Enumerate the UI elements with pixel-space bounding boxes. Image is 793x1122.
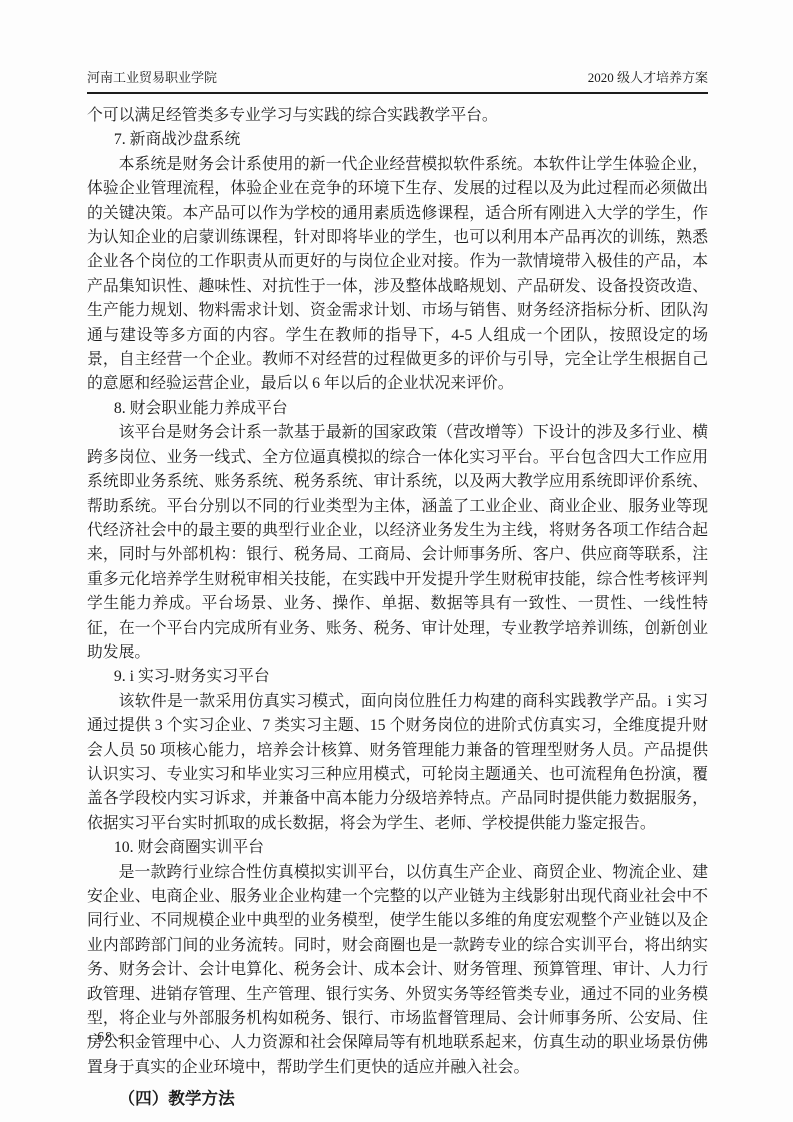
paragraph-item-9: 该软件是一款采用仿真实习模式，面向岗位胜任力构建的商科实践教学产品。i 实习通过… bbox=[87, 690, 708, 836]
paragraph-item-7: 本系统是财务会计系使用的新一代企业经营模拟软件系统。本软件让学生体验企业，体验企… bbox=[87, 153, 708, 397]
item-heading-7: 7. 新商战沙盘系统 bbox=[87, 128, 708, 152]
page-content: 河南工业贸易职业学院 2020 级人才培养方案 个可以满足经管类多专业学习与实践… bbox=[87, 70, 708, 1111]
paragraph-item-8: 该平台是财务会计系一款基于最新的国家政策（营改增等）下设计的涉及多行业、横跨多岗… bbox=[87, 421, 708, 665]
header-program-title: 2020 级人才培养方案 bbox=[588, 70, 708, 86]
section-heading-teaching-methods: （四）教学方法 bbox=[87, 1087, 708, 1111]
item-heading-9: 9. i 实习-财务实习平台 bbox=[87, 665, 708, 689]
header-school-name: 河南工业贸易职业学院 bbox=[87, 70, 217, 86]
document-page: 河南工业贸易职业学院 2020 级人才培养方案 个可以满足经管类多专业学习与实践… bbox=[0, 0, 793, 1122]
item-heading-10: 10. 财会商圈实训平台 bbox=[87, 836, 708, 860]
page-header: 河南工业贸易职业学院 2020 级人才培养方案 bbox=[87, 70, 708, 94]
paragraph-continuation: 个可以满足经管类多专业学习与实践的综合实践教学平台。 bbox=[87, 104, 708, 128]
paragraph-item-10: 是一款跨行业综合性仿真模拟实训平台，以仿真生产企业、商贸企业、物流企业、建安企业… bbox=[87, 861, 708, 1081]
document-body: 个可以满足经管类多专业学习与实践的综合实践教学平台。 7. 新商战沙盘系统 本系… bbox=[87, 104, 708, 1111]
item-heading-8: 8. 财会职业能力养成平台 bbox=[87, 397, 708, 421]
page-number: - 68 - bbox=[87, 1030, 123, 1046]
